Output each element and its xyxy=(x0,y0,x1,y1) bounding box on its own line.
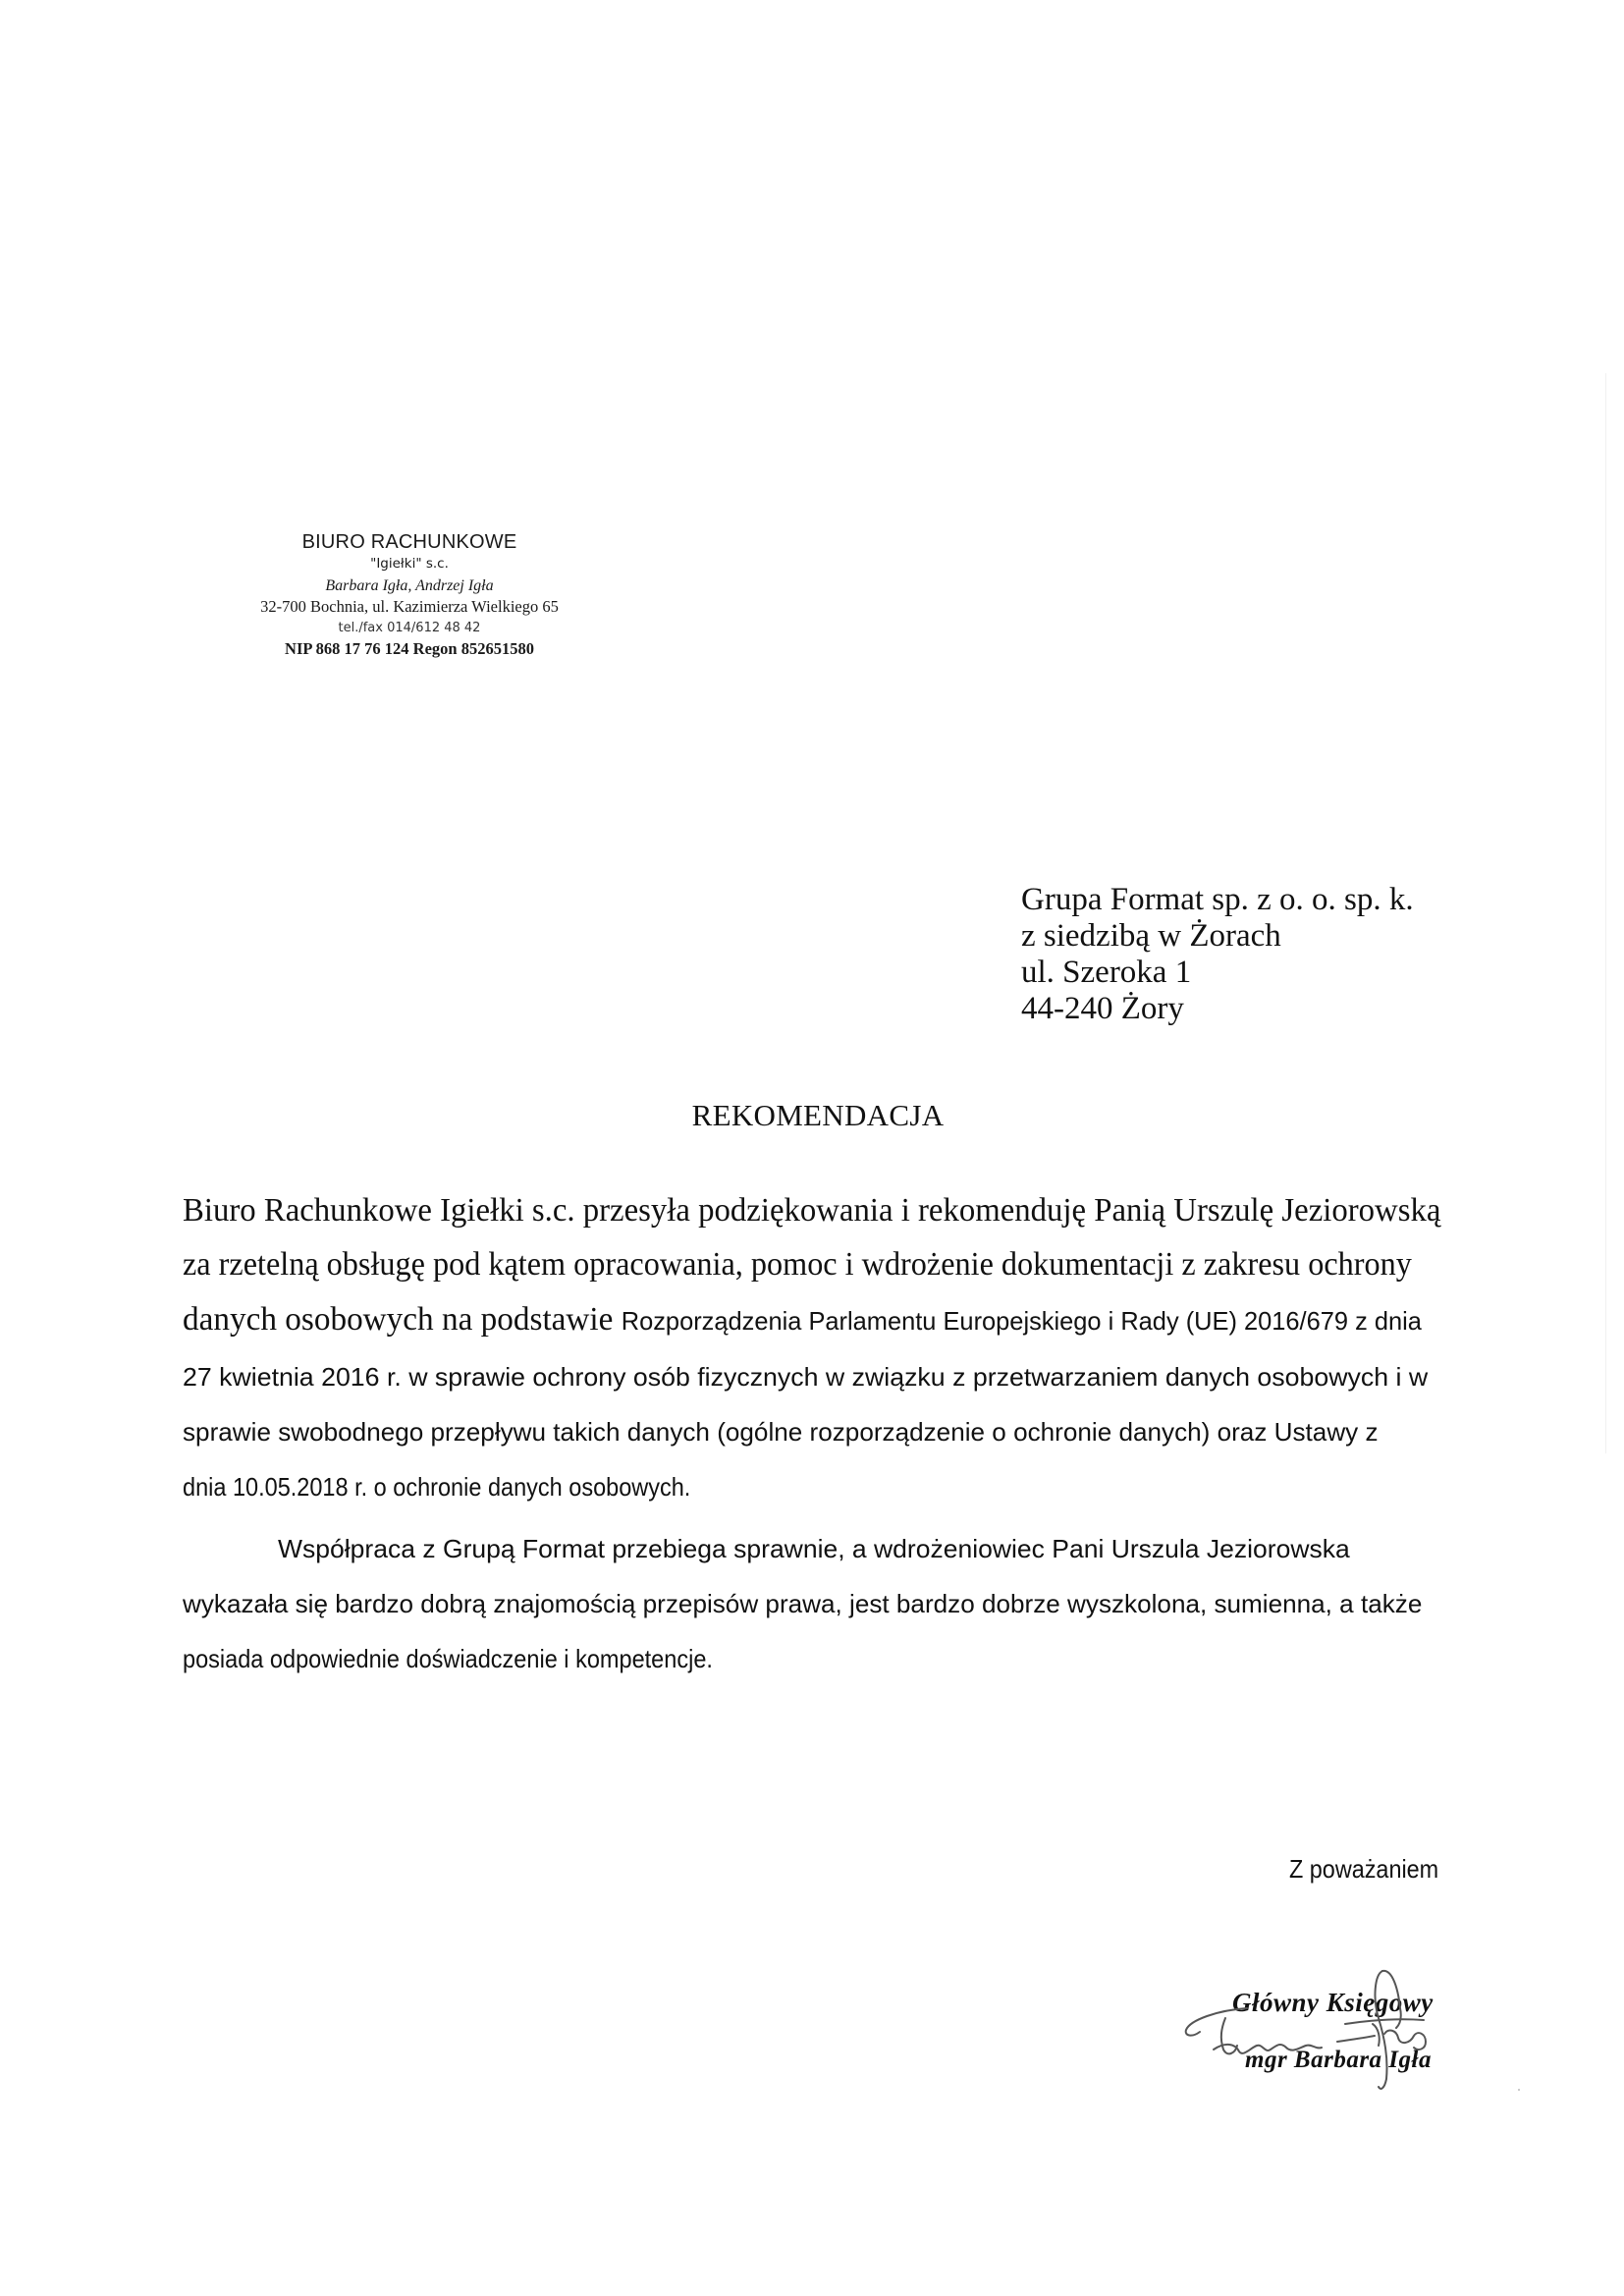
paragraph-2-line: wykazała się bardzo dobrą znajomością pr… xyxy=(183,1589,1422,1619)
paragraph-1-line: 27 kwietnia 2016 r. w sprawie ochrony os… xyxy=(183,1362,1428,1393)
document-page: BIURO RACHUNKOWE "Igiełki" s.c. Barbara … xyxy=(0,0,1624,2296)
paragraph-1-serif-segment: danych osobowych na podstawie xyxy=(183,1301,622,1338)
stamp-company-name: "Igiełki" s.c. xyxy=(232,554,587,575)
recipient-line: z siedzibą w Żorach xyxy=(1021,918,1414,955)
paragraph-1-line: za rzetelną obsługę pod kątem opracowani… xyxy=(183,1246,1412,1284)
paragraph-2-line: Współpraca z Grupą Format przebiega spra… xyxy=(278,1534,1350,1564)
paragraph-1-line: sprawie swobodnego przepływu takich dany… xyxy=(183,1417,1379,1448)
recipient-line: 44-240 Żory xyxy=(1021,991,1414,1027)
paragraph-1-line: dnia 10.05.2018 r. o ochronie danych oso… xyxy=(183,1472,690,1503)
scan-speck xyxy=(1518,2089,1520,2091)
closing-salutation: Z poważaniem xyxy=(1289,1854,1438,1885)
letterhead-stamp: BIURO RACHUNKOWE "Igiełki" s.c. Barbara … xyxy=(232,530,587,660)
recipient-line: Grupa Format sp. z o. o. sp. k. xyxy=(1021,882,1414,918)
stamp-address: 32-700 Bochnia, ul. Kazimierza Wielkiego… xyxy=(232,596,587,618)
document-title: REKOMENDACJA xyxy=(0,1098,1624,1133)
stamp-phone-fax: tel./fax 014/612 48 42 xyxy=(232,618,587,639)
stamp-tax-ids: NIP 868 17 76 124 Regon 852651580 xyxy=(232,638,587,660)
paragraph-1-line: danych osobowych na podstawie Rozporządz… xyxy=(183,1301,1422,1339)
paragraph-1-line: Biuro Rachunkowe Igiełki s.c. przesyła p… xyxy=(183,1192,1440,1230)
recipient-address: Grupa Format sp. z o. o. sp. k. z siedzi… xyxy=(1021,882,1414,1027)
paragraph-2-line: posiada odpowiednie doświadczenie i komp… xyxy=(183,1644,713,1674)
stamp-owners: Barbara Igła, Andrzej Igła xyxy=(232,575,587,597)
paragraph-1-sans-segment: Rozporządzenia Parlamentu Europejskiego … xyxy=(622,1306,1422,1336)
scan-artifact-line xyxy=(1605,373,1606,1453)
stamp-heading: BIURO RACHUNKOWE xyxy=(232,530,587,554)
handwritten-signature-icon xyxy=(1178,1959,1512,2097)
recipient-line: ul. Szeroka 1 xyxy=(1021,955,1414,991)
